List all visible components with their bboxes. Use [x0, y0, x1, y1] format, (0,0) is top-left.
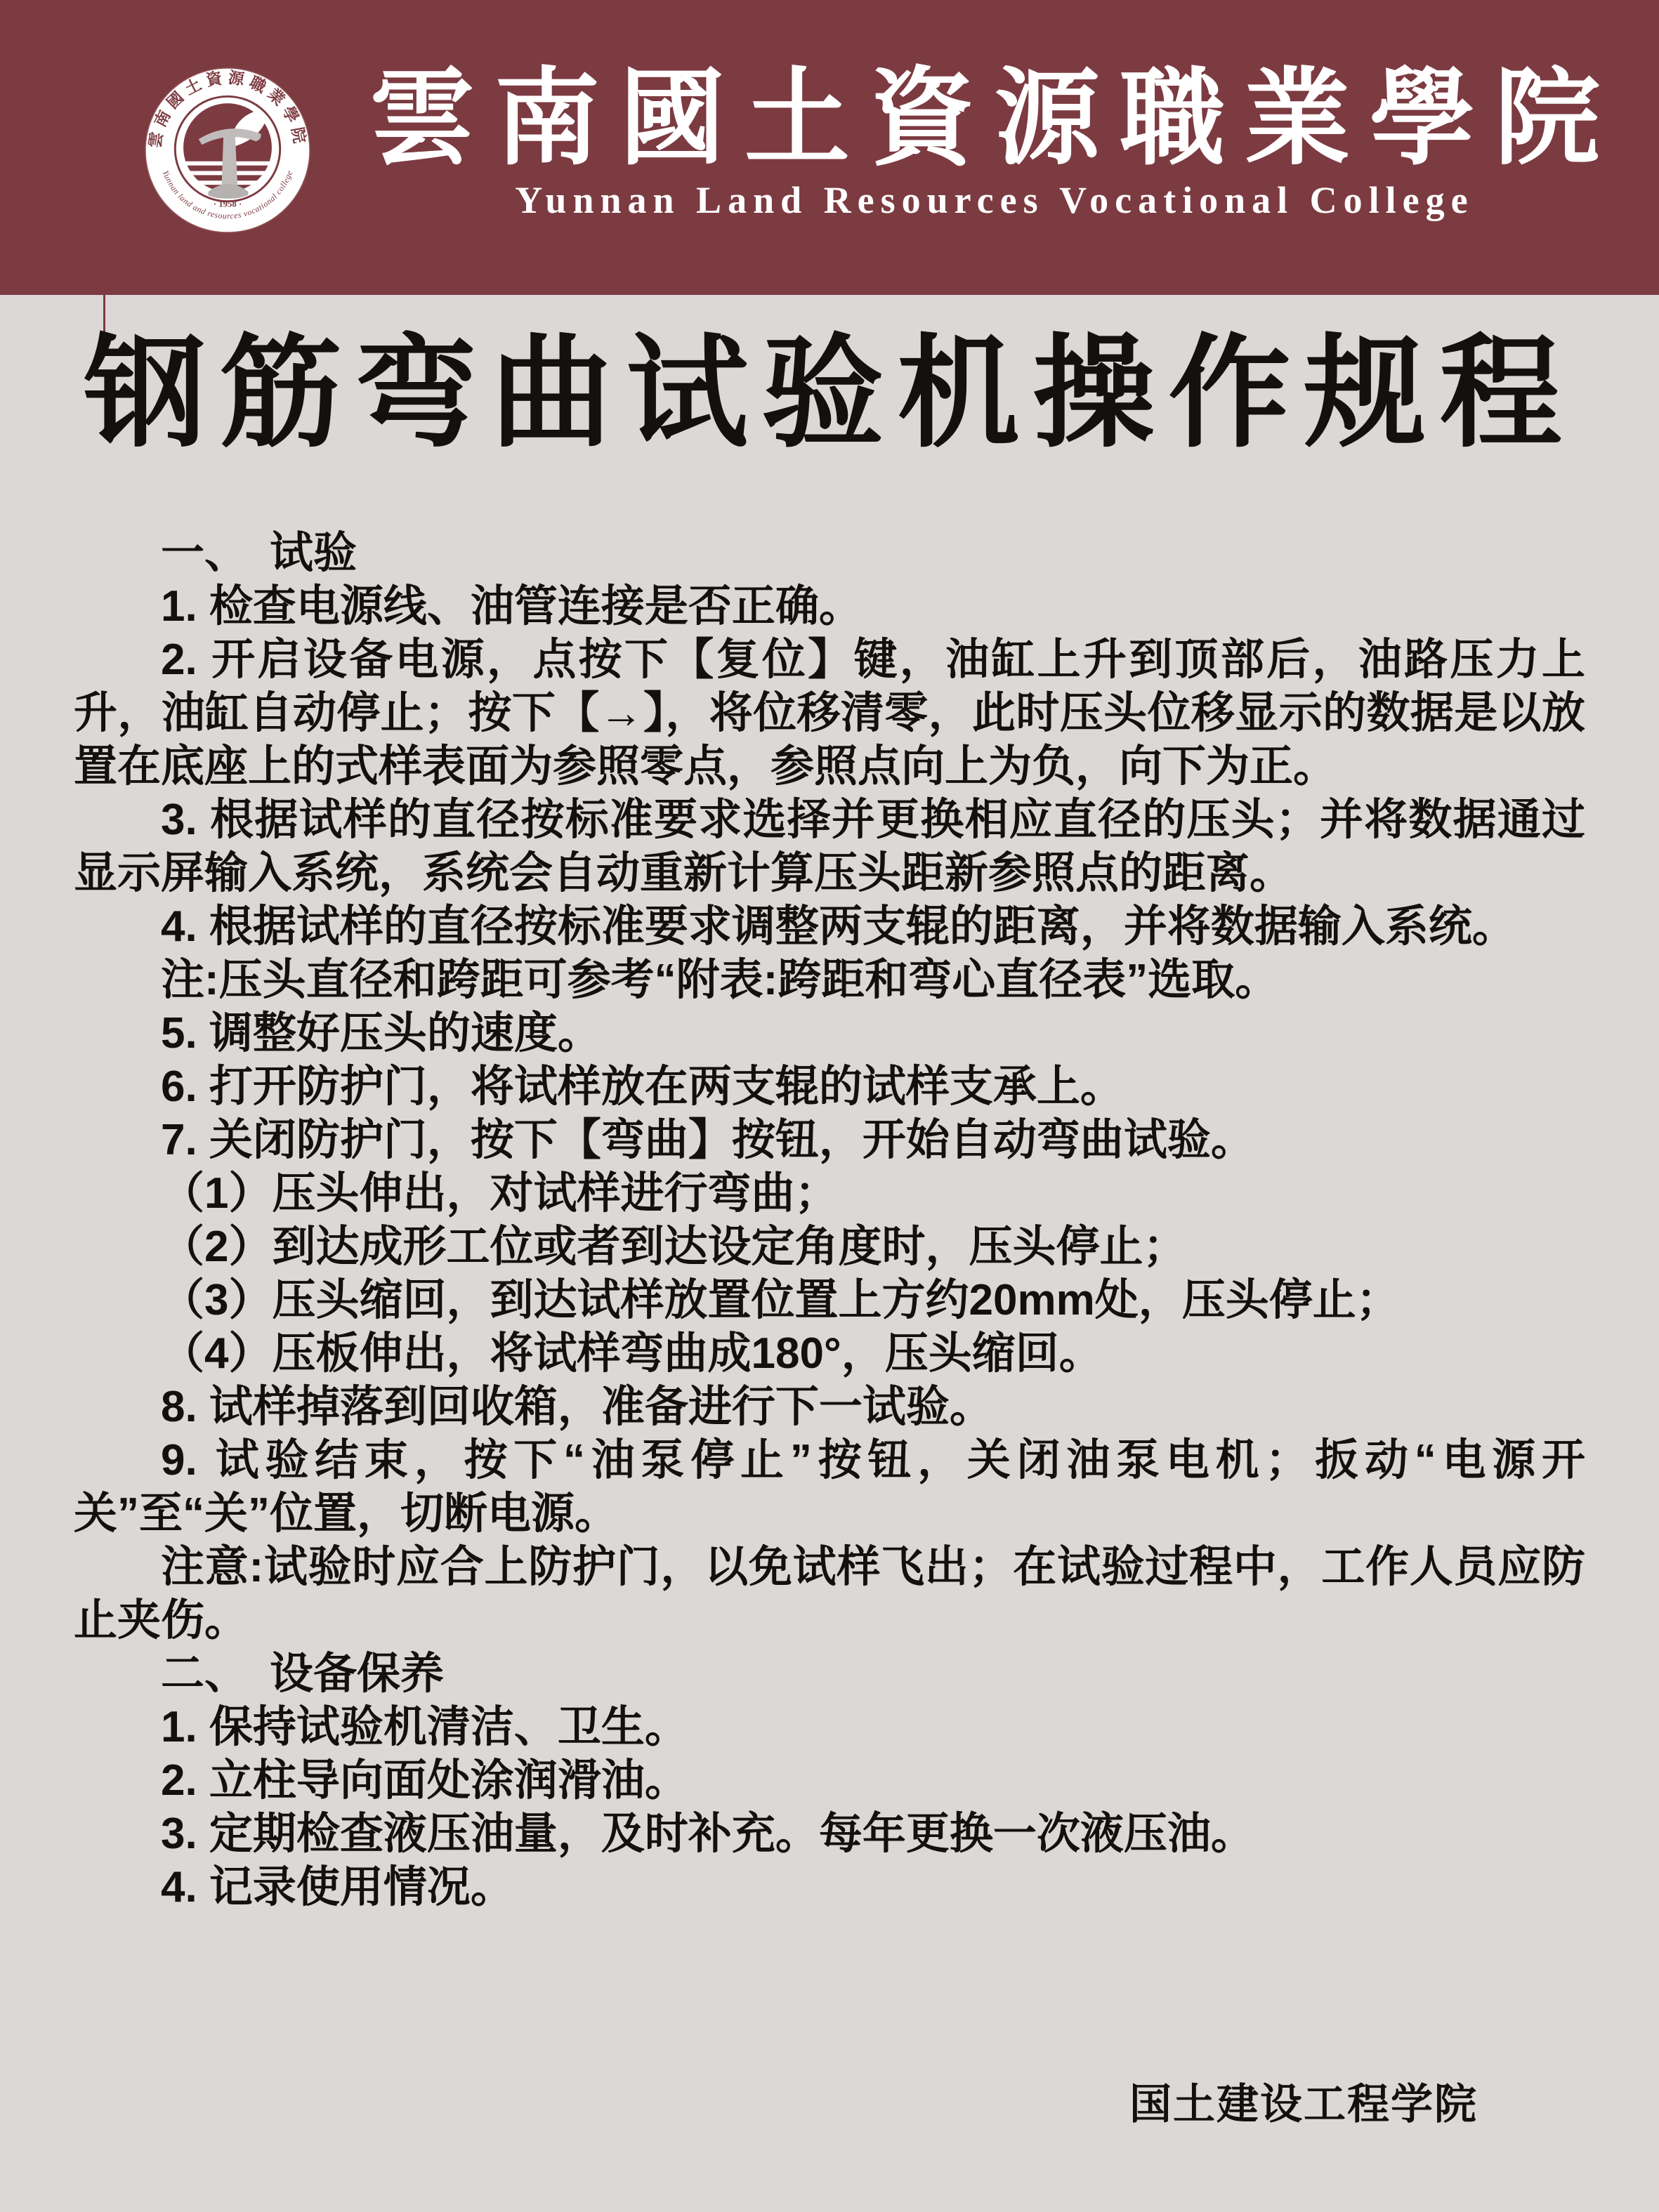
procedure-step: 2. 开启设备电源，点按下【复位】键，油缸上升到顶部后，油路压力上升，油缸自动停… — [74, 633, 1585, 794]
procedure-note: 注:压头直径和跨距可参考“附表:跨距和弯心直径表”选取。 — [74, 954, 1585, 1007]
procedure-substep: （4）压板伸出，将试样弯曲成180°，压头缩回。 — [74, 1327, 1585, 1381]
procedure-step: 4. 根据试样的直径按标准要求调整两支辊的距离，并将数据输入系统。 — [74, 900, 1585, 954]
seal-year: · 1958 · — [214, 199, 242, 209]
maintenance-step: 2. 立柱导向面处涂润滑油。 — [74, 1754, 1585, 1808]
procedure-step: 3. 根据试样的直径按标准要求选择并更换相应直径的压头；并将数据通过显示屏输入系… — [74, 794, 1585, 900]
procedure-substep: （1）压头伸出，对试样进行弯曲； — [74, 1167, 1585, 1220]
procedure-step: 7. 关闭防护门，按下【弯曲】按钮，开始自动弯曲试验。 — [74, 1114, 1585, 1167]
college-seal-logo: 雲南國土資源職業學院 Yunnan land and resources voc… — [145, 67, 310, 233]
header-band: 雲南國土資源職業學院 Yunnan land and resources voc… — [0, 0, 1659, 295]
college-name-zh: 雲南國土資源職業學院 — [330, 62, 1659, 174]
procedure-warning: 注意:试验时应合上防护门，以免试样飞出；在试验过程中，工作人员应防止夹伤。 — [74, 1541, 1585, 1647]
page-title: 钢筋弯曲试验机操作规程 — [0, 329, 1659, 458]
maintenance-step: 1. 保持试验机清洁、卫生。 — [74, 1701, 1585, 1754]
procedure-step: 5. 调整好压头的速度。 — [74, 1007, 1585, 1060]
procedure-step: 9. 试验结束，按下“油泵停止”按钮，关闭油泵电机；扳动“电源开关”至“关”位置… — [74, 1434, 1585, 1541]
procedure-step: 1. 检查电源线、油管连接是否正确。 — [74, 580, 1585, 633]
section-2-heading: 二、 设备保养 — [74, 1647, 1585, 1701]
procedure-text: 一、 试验 1. 检查电源线、油管连接是否正确。 2. 开启设备电源，点按下【复… — [74, 527, 1585, 1914]
procedure-substep: （2）到达成形工位或者到达设定角度时，压头停止； — [74, 1220, 1585, 1274]
maintenance-step: 4. 记录使用情况。 — [74, 1861, 1585, 1914]
maintenance-step: 3. 定期检查液压油量，及时补充。每年更换一次液压油。 — [74, 1808, 1585, 1861]
department-signature: 国土建设工程学院 — [1129, 2080, 1478, 2129]
college-name-en: Yunnan Land Resources Vocational College — [330, 178, 1659, 222]
procedure-step: 6. 打开防护门，将试样放在两支辊的试样支承上。 — [74, 1060, 1585, 1114]
section-1-heading: 一、 试验 — [74, 527, 1585, 580]
procedure-step: 8. 试样掉落到回收箱，准备进行下一试验。 — [74, 1381, 1585, 1434]
procedure-substep: （3）压头缩回，到达试样放置位置上方约20mm处，压头停止； — [74, 1274, 1585, 1327]
college-name-block: 雲南國土資源職業學院 Yunnan Land Resources Vocatio… — [330, 0, 1659, 222]
poster-page: 雲南國土資源職業學院 Yunnan land and resources voc… — [0, 0, 1659, 2212]
